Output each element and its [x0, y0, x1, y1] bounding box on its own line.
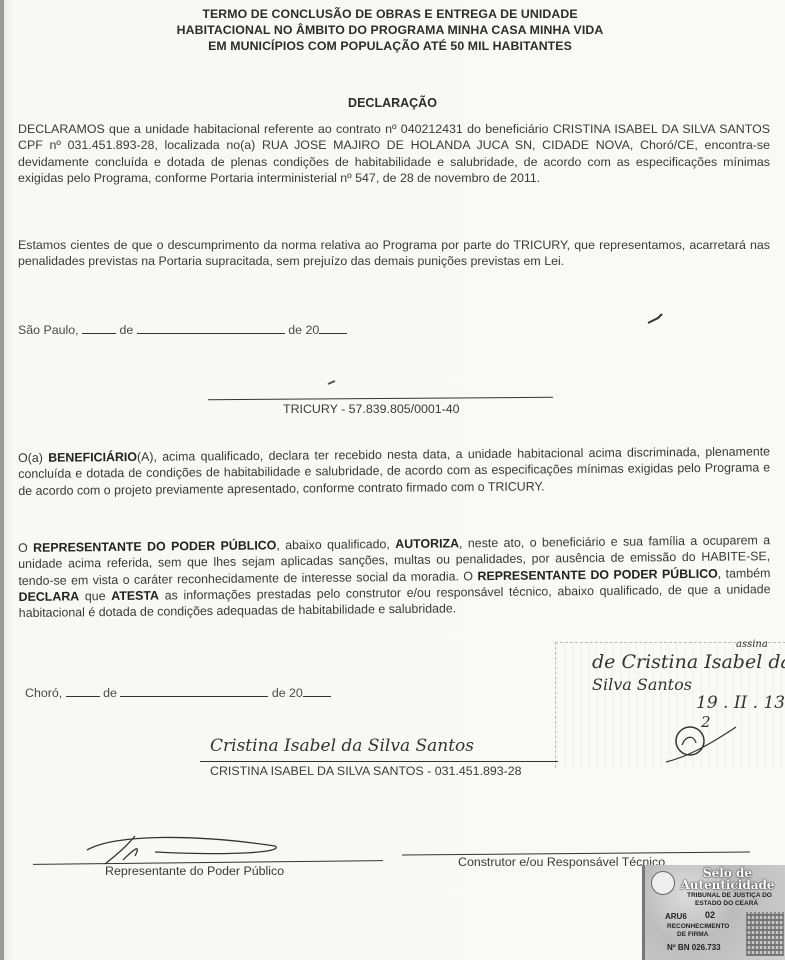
p4-bold: REPRESENTANTE DO PODER PÚBLICO	[33, 538, 276, 555]
dateline-choro: Choró, de de 20	[25, 686, 331, 700]
p4-bold: ATESTA	[111, 588, 159, 602]
beneficiary-signature-line	[200, 761, 558, 762]
month-blank	[120, 686, 268, 697]
p4-bold: AUTORIZA	[395, 536, 459, 551]
beneficiary-handwritten-signature: Cristina Isabel da Silva Santos	[210, 736, 474, 756]
notary-annotation-box: de Cristina Isabel da Silva Santos assin…	[555, 642, 785, 768]
month-blank	[137, 323, 285, 334]
public-rep-label: Representante do Poder Público	[105, 864, 284, 878]
dateline-de: de	[103, 686, 117, 700]
company-signature-line	[208, 397, 553, 400]
notary-handwriting-line-1: de Cristina Isabel da	[592, 651, 785, 673]
seal-title: Selo de Autenticidade	[670, 867, 785, 891]
day-blank	[82, 323, 116, 334]
company-signature-label: TRICURY - 57.839.805/0001-40	[283, 402, 460, 416]
title-line-1: TERMO DE CONCLUSÃO DE OBRAS E ENTREGA DE…	[100, 6, 680, 22]
beneficiary-paragraph: O(a) BENEFICIÁRIO(A), acima qualificado,…	[18, 443, 770, 498]
scanned-document-page: TERMO DE CONCLUSÃO DE OBRAS E ENTREGA DE…	[0, 0, 785, 960]
builder-label: Construtor e/ou Responsável Técnico	[458, 855, 665, 869]
pen-mark-small	[325, 372, 345, 392]
p4-text: , abaixo qualificado,	[276, 537, 395, 552]
p4-text: que	[79, 589, 111, 603]
seal-code: ARU6	[665, 912, 687, 921]
p4-text: O	[18, 541, 33, 555]
beneficiary-signature-label: CRISTINA ISABEL DA SILVA SANTOS - 031.45…	[210, 764, 522, 778]
declaration-paragraph: DECLARAMOS que a unidade habitacional re…	[18, 121, 770, 186]
notary-handwriting-line-2: Silva Santos	[592, 675, 692, 694]
seal-serial: Nº BN 026.733	[667, 943, 721, 952]
dateline-year: de 20	[272, 686, 303, 700]
dateline-city: São Paulo,	[18, 323, 79, 337]
seal-type-1: RECONHECIMENTO	[667, 923, 729, 930]
seal-title-line-2: Autenticidade	[670, 879, 785, 891]
dateline-de: de	[120, 323, 134, 337]
dateline-city: Choró,	[25, 686, 62, 700]
public-rep-paragraph: O REPRESENTANTE DO PODER PÚBLICO, abaixo…	[18, 532, 771, 621]
document-title: TERMO DE CONCLUSÃO DE OBRAS E ENTREGA DE…	[100, 6, 680, 54]
notary-rubric-icon	[656, 707, 746, 767]
p3-prefix: O(a)	[18, 451, 48, 465]
dateline-sao-paulo: São Paulo, de de 20	[18, 323, 347, 337]
year-blank	[303, 686, 331, 697]
dateline-year: de 20	[288, 323, 319, 337]
qr-code-icon	[746, 912, 784, 956]
authenticity-seal: Selo de Autenticidade TRIBUNAL DE JUSTIÇ…	[642, 865, 785, 960]
scan-edge	[0, 0, 4, 960]
seal-sub: 02	[705, 910, 715, 920]
year-blank	[319, 323, 347, 334]
day-blank	[66, 686, 100, 697]
section-heading: DECLARAÇÃO	[0, 96, 785, 110]
seal-type-2: DE FIRMA	[677, 931, 708, 938]
p4-text: , também	[718, 566, 771, 581]
awareness-paragraph: Estamos cientes de que o descumprimento …	[18, 237, 770, 270]
p4-bold: REPRESENTANTE DO PODER PÚBLICO	[477, 566, 717, 583]
title-line-3: EM MUNICÍPIOS COM POPULAÇÃO ATÉ 50 MIL H…	[100, 38, 680, 54]
notary-corner-note: assina	[736, 639, 768, 650]
p4-bold: DECLARA	[19, 589, 80, 604]
pen-mark	[646, 312, 666, 326]
seal-issuer-1: TRIBUNAL DE JUSTIÇA DO	[687, 892, 772, 899]
p3-bold-beneficiario: BENEFICIÁRIO	[48, 450, 137, 465]
title-line-2: HABITACIONAL NO ÂMBITO DO PROGRAMA MINHA…	[100, 22, 680, 38]
seal-issuer-2: ESTADO DO CEARÁ	[695, 900, 758, 907]
